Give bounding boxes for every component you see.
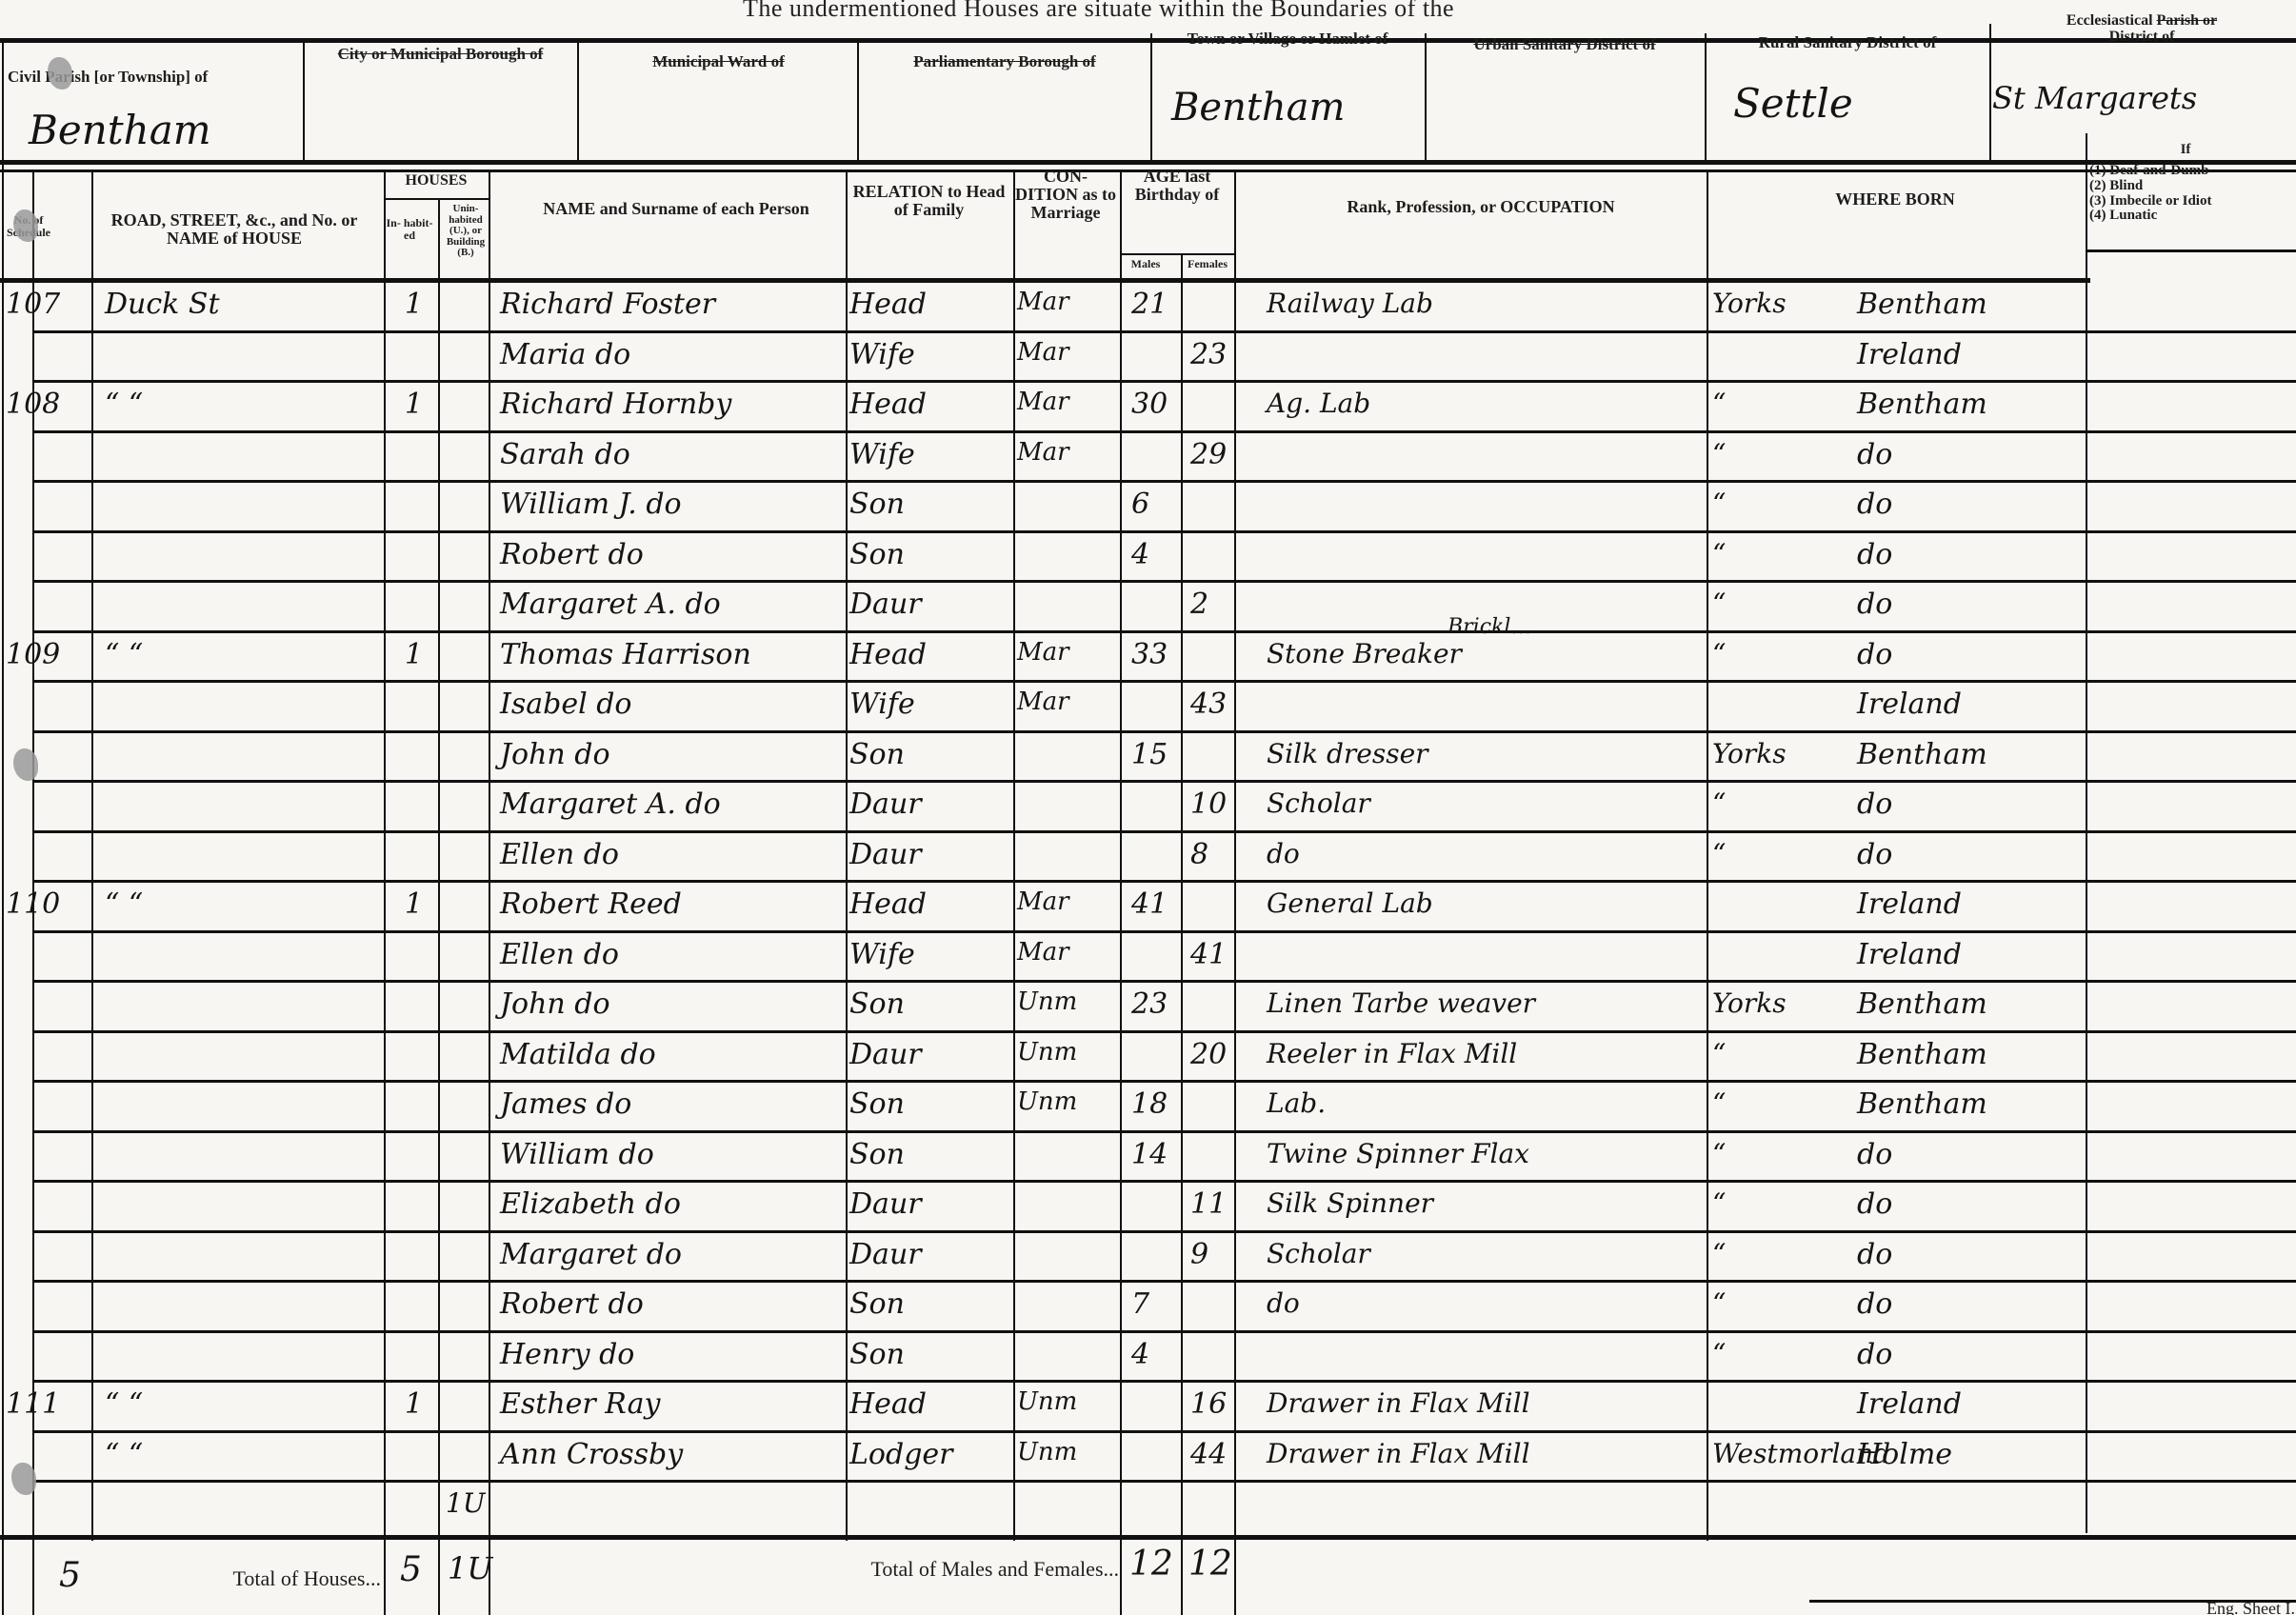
col-header-age: AGE last Birthday of xyxy=(1120,168,1234,204)
cell-male-age: 30 xyxy=(1131,388,1168,421)
cell-born-county: “ xyxy=(1712,488,1726,519)
cell-road: Duck St xyxy=(105,288,220,321)
rule xyxy=(489,169,490,1615)
cell-uninhabited: 1U xyxy=(446,1487,485,1519)
paper-smudge xyxy=(48,57,72,90)
cell-occupation: do xyxy=(1267,1287,1300,1319)
cell-relation: Son xyxy=(849,738,905,771)
cell-inhabited: 1 xyxy=(405,638,423,671)
row-rule xyxy=(32,780,2296,783)
cell-relation: Daur xyxy=(849,1238,922,1271)
cell-name: Margaret A. do xyxy=(500,788,721,821)
cell-occupation: Railway Lab xyxy=(1267,288,1433,319)
cell-relation: Son xyxy=(849,1287,905,1321)
cell-female-age: 16 xyxy=(1190,1387,1227,1421)
cell-male-age: 4 xyxy=(1131,1338,1149,1371)
cell-condition: Mar xyxy=(1017,688,1069,716)
col-header-infirmity: (1) Deaf-and-Dumb (2) Blind (3) Imbecile… xyxy=(2089,164,2294,224)
cell-name: Margaret A. do xyxy=(500,588,721,621)
cell-born-county: “ xyxy=(1712,838,1726,869)
cell-occupation: Twine Spinner Flax xyxy=(1267,1138,1529,1169)
col-header-where-born: WHERE BORN xyxy=(1709,190,2081,209)
cell-inhabited: 1 xyxy=(405,288,423,321)
infirmity-option: (4) Lunatic xyxy=(2089,209,2294,224)
total-persons-label: Total of Males and Females... xyxy=(743,1558,1119,1580)
rule xyxy=(1120,169,1122,1615)
cell-name: Maria do xyxy=(500,338,630,371)
cell-relation: Lodger xyxy=(849,1438,953,1471)
cell-male-age: 33 xyxy=(1131,638,1168,671)
cell-female-age: 9 xyxy=(1190,1238,1208,1271)
cell-born-place: Bentham xyxy=(1857,288,1987,321)
cell-female-age: 41 xyxy=(1190,938,1227,971)
cell-name: Isabel do xyxy=(500,688,632,721)
row-rule xyxy=(32,1280,2296,1283)
cell-relation: Son xyxy=(849,538,905,571)
row-rule xyxy=(32,1180,2296,1183)
cell-relation: Head xyxy=(849,887,927,921)
cell-born-county: “ xyxy=(1712,538,1726,569)
cell-occupation: Linen Tarbe weaver xyxy=(1267,987,1535,1019)
total-males: 12 xyxy=(1129,1545,1173,1584)
boundary-value-rural-sanitary: Settle xyxy=(1733,80,1853,127)
row-rule xyxy=(32,930,2296,933)
col-header-females: Females xyxy=(1181,258,1234,270)
cell-condition: Mar xyxy=(1017,887,1069,916)
cell-occupation: Scholar xyxy=(1267,1238,1370,1269)
cell-relation: Son xyxy=(849,1338,905,1371)
cell-born-place: Ireland xyxy=(1857,887,1962,921)
rule xyxy=(1705,33,1707,162)
label-part: Town or Village xyxy=(1188,30,1296,48)
cell-male-age: 14 xyxy=(1131,1138,1168,1171)
rule xyxy=(1181,253,1183,1615)
row-rule xyxy=(32,480,2296,483)
rule xyxy=(1425,33,1427,162)
cell-name: Richard Foster xyxy=(500,288,715,321)
cell-name: Matilda do xyxy=(500,1038,656,1071)
boundary-label-urban-sanitary: Urban Sanitary District of xyxy=(1428,36,1701,53)
cell-occupation: Drawer in Flax Mill xyxy=(1267,1387,1530,1419)
col-header-males: Males xyxy=(1122,258,1169,270)
label-part: Ecclesiastical xyxy=(2066,12,2153,29)
struck-part: or Hamlet xyxy=(1300,30,1370,48)
cell-female-age: 20 xyxy=(1190,1038,1227,1071)
cell-born-place: do xyxy=(1857,588,1892,621)
cell-born-county: “ xyxy=(1712,788,1726,819)
cell-male-age: 7 xyxy=(1131,1287,1149,1321)
cell-born-place: do xyxy=(1857,838,1892,871)
cell-relation: Son xyxy=(849,488,905,521)
cell-born-place: Bentham xyxy=(1857,1087,1987,1121)
rule xyxy=(0,160,2296,165)
cell-born-place: Ireland xyxy=(1857,1387,1962,1421)
cell-born-county: “ xyxy=(1712,1138,1726,1169)
cell-condition: Unm xyxy=(1017,1438,1077,1466)
rule xyxy=(384,198,489,200)
infirmity-option: (1) Deaf-and-Dumb xyxy=(2089,164,2294,179)
col-header-inhabited: In- habit- ed xyxy=(385,217,434,241)
boundary-label-rural-sanitary: Rural Sanitary District of xyxy=(1709,34,1986,51)
infirmity-option: (3) Imbecile or Idiot xyxy=(2089,194,2294,209)
cell-relation: Head xyxy=(849,388,927,421)
cell-name: James do xyxy=(500,1087,631,1121)
cell-condition: Unm xyxy=(1017,1087,1077,1116)
cell-inhabited: 1 xyxy=(405,887,423,921)
boundary-label-municipal-borough: City or Municipal Borough of xyxy=(309,46,571,63)
row-rule xyxy=(32,880,2296,883)
cell-relation: Head xyxy=(849,638,927,671)
cell-born-place: Ireland xyxy=(1857,938,1962,971)
cell-occupation: Stone Breaker xyxy=(1267,638,1462,669)
label-part: of xyxy=(1374,30,1388,48)
total-schedules: 5 xyxy=(59,1556,81,1595)
cell-condition: Unm xyxy=(1017,1038,1077,1067)
cell-relation: Daur xyxy=(849,838,922,871)
cell-female-age: 43 xyxy=(1190,688,1227,721)
rule xyxy=(2086,249,2296,252)
boundary-label-ecclesiastical: Ecclesiastical Parish or District of xyxy=(1994,13,2289,46)
cell-female-age: 44 xyxy=(1190,1438,1227,1471)
cell-born-place: do xyxy=(1857,488,1892,521)
cell-born-place: do xyxy=(1857,1238,1892,1271)
cell-name: Robert do xyxy=(500,1287,644,1321)
row-rule xyxy=(32,1030,2296,1033)
row-rule xyxy=(32,630,2296,633)
cell-born-place: do xyxy=(1857,1338,1892,1371)
cell-occupation: do xyxy=(1267,838,1300,869)
cell-born-place: Ireland xyxy=(1857,338,1962,371)
cell-condition: Mar xyxy=(1017,288,1069,316)
cell-road: “ “ xyxy=(105,1387,143,1421)
cell-born-county: “ xyxy=(1712,1338,1726,1369)
cell-condition: Unm xyxy=(1017,1387,1077,1416)
rule xyxy=(0,278,2090,283)
row-rule xyxy=(32,1080,2296,1083)
col-header-uninhabited: Unin- habited (U.), or Building (B.) xyxy=(442,204,489,259)
infirmity-option: (2) Blind xyxy=(2089,179,2294,194)
cell-born-place: do xyxy=(1857,788,1892,821)
rule xyxy=(0,1535,2296,1540)
cell-female-age: 2 xyxy=(1190,588,1208,621)
rule xyxy=(1234,169,1236,1615)
cell-born-county: Yorks xyxy=(1712,288,1787,319)
cell-relation: Wife xyxy=(849,338,915,371)
rule xyxy=(2,38,4,1615)
cell-born-county: “ xyxy=(1712,1287,1726,1319)
boundary-value-ecclesiastical: St Margarets xyxy=(1992,80,2197,116)
cell-occupation: Drawer in Flax Mill xyxy=(1267,1438,1530,1469)
cell-inhabited: 1 xyxy=(405,388,423,421)
cell-relation: Daur xyxy=(849,788,922,821)
cell-relation: Head xyxy=(849,288,927,321)
cell-female-age: 11 xyxy=(1190,1187,1227,1221)
row-rule xyxy=(32,380,2296,383)
cell-born-county: “ xyxy=(1712,438,1726,469)
rule xyxy=(846,169,848,1541)
boundary-label-municipal-ward: Municipal Ward of xyxy=(583,53,854,70)
cell-born-place: Bentham xyxy=(1857,738,1987,771)
total-houses-label: Total of Houses... xyxy=(171,1567,381,1589)
cell-name: Thomas Harrison xyxy=(500,638,751,671)
cell-born-place: do xyxy=(1857,638,1892,671)
cell-relation: Wife xyxy=(849,688,915,721)
cell-born-place: do xyxy=(1857,1187,1892,1221)
row-rule xyxy=(32,730,2296,733)
rule xyxy=(1707,169,1708,1541)
rule xyxy=(91,169,93,1541)
paper-smudge xyxy=(11,1463,36,1495)
total-females: 12 xyxy=(1188,1545,1232,1584)
cell-male-age: 21 xyxy=(1131,288,1168,321)
row-rule xyxy=(32,1230,2296,1233)
rule xyxy=(1150,33,1152,162)
cell-name: William do xyxy=(500,1138,654,1171)
cell-born-place: do xyxy=(1857,1287,1892,1321)
cell-male-age: 4 xyxy=(1131,538,1149,571)
col-header-relation: RELATION to Head of Family xyxy=(846,183,1012,219)
row-rule xyxy=(32,1480,2296,1483)
census-page: The undermentioned Houses are situate wi… xyxy=(0,0,2296,1615)
cell-relation: Son xyxy=(849,1138,905,1171)
cell-born-place: do xyxy=(1857,438,1892,471)
cell-name: Elizabeth do xyxy=(500,1187,681,1221)
cell-name: John do xyxy=(500,987,610,1021)
cell-occupation: Scholar xyxy=(1267,788,1370,819)
paper-smudge xyxy=(13,209,38,242)
cell-occupation: Silk dresser xyxy=(1267,738,1428,769)
cell-occupation-note: Brickl… xyxy=(1447,615,1531,639)
cell-female-age: 10 xyxy=(1190,788,1227,821)
cell-occupation: Lab. xyxy=(1267,1087,1326,1119)
cell-name: Sarah do xyxy=(500,438,630,471)
cell-condition: Mar xyxy=(1017,938,1069,967)
cell-male-age: 15 xyxy=(1131,738,1168,771)
cell-relation: Son xyxy=(849,987,905,1021)
cell-name: William J. do xyxy=(500,488,682,521)
row-rule xyxy=(32,430,2296,433)
row-rule xyxy=(32,1430,2296,1433)
cell-road: “ “ xyxy=(105,887,143,921)
label-part: District of xyxy=(2109,29,2175,45)
row-rule xyxy=(32,1330,2296,1333)
cell-condition: Mar xyxy=(1017,638,1069,667)
col-header-houses: HOUSES xyxy=(384,173,489,189)
boundary-label-town-village: Town or Village or Hamlet of xyxy=(1154,30,1421,48)
footer-note: Eng. Sheet I. xyxy=(2076,1600,2295,1615)
cell-born-place: do xyxy=(1857,1138,1892,1171)
total-inhabited: 5 xyxy=(400,1550,422,1589)
cell-condition: Unm xyxy=(1017,987,1077,1016)
cell-name: Ellen do xyxy=(500,938,619,971)
total-uninhabited: 1U xyxy=(448,1550,492,1586)
row-rule xyxy=(32,980,2296,983)
cell-schedule: 109 xyxy=(6,638,60,671)
cell-condition: Mar xyxy=(1017,388,1069,416)
rule xyxy=(1989,24,1991,162)
cell-road: “ “ xyxy=(105,638,143,671)
boundary-value-town-village: Bentham xyxy=(1171,86,1345,130)
cell-relation: Wife xyxy=(849,938,915,971)
cell-condition: Mar xyxy=(1017,438,1069,467)
cell-female-age: 8 xyxy=(1190,838,1208,871)
cell-relation: Daur xyxy=(849,588,922,621)
rule xyxy=(1013,169,1015,1541)
cell-male-age: 6 xyxy=(1131,488,1149,521)
cell-born-place: Bentham xyxy=(1857,987,1987,1021)
page-banner: The undermentioned Houses are situate wi… xyxy=(743,0,1454,23)
cell-male-age: 41 xyxy=(1131,887,1168,921)
cell-occupation: Ag. Lab xyxy=(1267,388,1370,419)
col-header-occupation: Rank, Profession, or OCCUPATION xyxy=(1267,198,1695,216)
cell-name: Henry do xyxy=(500,1338,634,1371)
rule xyxy=(577,38,579,162)
row-rule xyxy=(32,580,2296,583)
rule xyxy=(384,169,386,1615)
cell-name: Robert do xyxy=(500,538,644,571)
boundary-value-civil-parish: Bentham xyxy=(29,107,211,153)
cell-born-county: “ xyxy=(1712,1087,1726,1119)
cell-born-county: “ xyxy=(1712,1238,1726,1269)
cell-relation: Son xyxy=(849,1087,905,1121)
col-header-name: NAME and Surname of each Person xyxy=(514,200,838,218)
row-rule xyxy=(32,1130,2296,1133)
cell-born-place: Bentham xyxy=(1857,388,1987,421)
cell-female-age: 29 xyxy=(1190,438,1227,471)
row-rule xyxy=(32,330,2296,333)
cell-born-place: Ireland xyxy=(1857,688,1962,721)
cell-schedule: 110 xyxy=(6,887,60,921)
cell-male-age: 18 xyxy=(1131,1087,1168,1121)
cell-female-age: 23 xyxy=(1190,338,1227,371)
cell-name: Ann Crossby xyxy=(500,1438,683,1471)
cell-name: Robert Reed xyxy=(500,887,682,921)
row-rule xyxy=(32,530,2296,533)
cell-schedule: 107 xyxy=(6,288,60,321)
col-header-infirmity-if: If xyxy=(2086,143,2286,158)
cell-born-county: Yorks xyxy=(1712,987,1787,1019)
cell-schedule: 108 xyxy=(6,388,60,421)
row-rule xyxy=(32,1380,2296,1383)
cell-relation: Wife xyxy=(849,438,915,471)
cell-inhabited: 1 xyxy=(405,1387,423,1421)
row-rule xyxy=(32,680,2296,683)
cell-name: Esther Ray xyxy=(500,1387,660,1421)
cell-road: “ “ xyxy=(105,388,143,421)
cell-road: “ “ xyxy=(105,1438,143,1471)
rule xyxy=(857,38,859,162)
rule xyxy=(1120,253,1234,255)
cell-born-county: “ xyxy=(1712,588,1726,619)
cell-name: Richard Hornby xyxy=(500,388,731,421)
rule xyxy=(303,38,305,162)
cell-born-county: Yorks xyxy=(1712,738,1787,769)
cell-born-county: “ xyxy=(1712,1187,1726,1219)
cell-occupation: Reeler in Flax Mill xyxy=(1267,1038,1517,1069)
cell-relation: Daur xyxy=(849,1038,922,1071)
cell-born-place: Bentham xyxy=(1857,1038,1987,1071)
cell-born-county: “ xyxy=(1712,1038,1726,1069)
cell-born-county: “ xyxy=(1712,388,1726,419)
boundary-label-parliamentary-borough: Parliamentary Borough of xyxy=(863,53,1147,70)
cell-name: Margaret do xyxy=(500,1238,682,1271)
cell-condition: Mar xyxy=(1017,338,1069,367)
cell-male-age: 23 xyxy=(1131,987,1168,1021)
cell-born-county: “ xyxy=(1712,638,1726,669)
col-header-road: ROAD, STREET, &c., and No. or NAME of HO… xyxy=(91,211,377,248)
cell-relation: Daur xyxy=(849,1187,922,1221)
row-rule xyxy=(32,830,2296,833)
struck-part: Parish or xyxy=(2157,12,2218,29)
cell-born-place: Holme xyxy=(1857,1438,1952,1471)
cell-name: John do xyxy=(500,738,610,771)
cell-name: Ellen do xyxy=(500,838,619,871)
col-header-condition: CON- DITION as to Marriage xyxy=(1013,168,1118,222)
cell-born-place: do xyxy=(1857,538,1892,571)
cell-occupation: Silk Spinner xyxy=(1267,1187,1433,1219)
cell-schedule: 111 xyxy=(6,1387,60,1421)
paper-smudge xyxy=(13,748,38,781)
rule xyxy=(2086,133,2087,1533)
cell-occupation: General Lab xyxy=(1267,887,1433,919)
cell-relation: Head xyxy=(849,1387,927,1421)
rule xyxy=(438,198,440,1615)
